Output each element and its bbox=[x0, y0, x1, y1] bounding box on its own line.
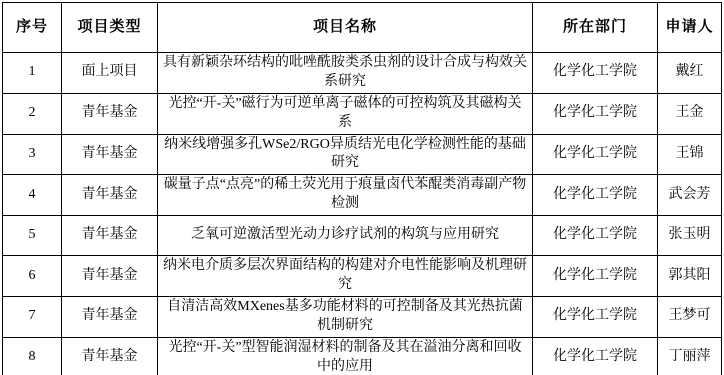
applicant-cell: 王金 bbox=[658, 93, 722, 134]
table-container: 序号 项目类型 项目名称 所在部门 申请人 1面上项目具有新颖杂环结构的吡唑酰胺… bbox=[0, 0, 724, 375]
applicant-cell: 丁丽萍 bbox=[658, 337, 722, 375]
row-number-cell: 3 bbox=[3, 134, 62, 175]
project-name-cell: 碳量子点“点亮”的稀土荧光用于痕量卤代苯醌类消毒副产物检测 bbox=[158, 175, 533, 216]
project-type-cell: 青年基金 bbox=[62, 216, 158, 256]
applicant-cell: 郭其阳 bbox=[658, 256, 722, 297]
applicant-cell: 戴红 bbox=[658, 53, 722, 94]
table-body: 1面上项目具有新颖杂环结构的吡唑酰胺类杀虫剂的设计合成与构效关系研究化学化工学院… bbox=[3, 53, 722, 375]
project-name-cell: 纳米线增强多孔WSe2/RGO异质结光电化学检测性能的基础研究 bbox=[158, 134, 533, 175]
project-name-cell: 具有新颖杂环结构的吡唑酰胺类杀虫剂的设计合成与构效关系研究 bbox=[158, 53, 533, 94]
department-cell: 化学化工学院 bbox=[533, 134, 658, 175]
table-row: 3青年基金纳米线增强多孔WSe2/RGO异质结光电化学检测性能的基础研究化学化工… bbox=[3, 134, 722, 175]
project-name-cell: 光控“开-关”磁行为可逆单离子磁体的可控构筑及其磁构关系 bbox=[158, 93, 533, 134]
row-number-cell: 1 bbox=[3, 53, 62, 94]
row-number-cell: 8 bbox=[3, 337, 62, 375]
project-type-cell: 青年基金 bbox=[62, 175, 158, 216]
header-project-type: 项目类型 bbox=[62, 3, 158, 53]
department-cell: 化学化工学院 bbox=[533, 93, 658, 134]
project-name-cell: 纳米电介质多层次界面结构的构建对介电性能影响及机理研究 bbox=[158, 256, 533, 297]
department-cell: 化学化工学院 bbox=[533, 175, 658, 216]
applicant-cell: 王锦 bbox=[658, 134, 722, 175]
applicant-cell: 武会芳 bbox=[658, 175, 722, 216]
table-row: 6青年基金纳米电介质多层次界面结构的构建对介电性能影响及机理研究化学化工学院郭其… bbox=[3, 256, 722, 297]
project-type-cell: 青年基金 bbox=[62, 93, 158, 134]
header-department: 所在部门 bbox=[533, 3, 658, 53]
row-number-cell: 2 bbox=[3, 93, 62, 134]
project-name-cell: 乏氧可逆激活型光动力诊疗试剂的构筑与应用研究 bbox=[158, 216, 533, 256]
project-type-cell: 青年基金 bbox=[62, 337, 158, 375]
applicant-cell: 张玉明 bbox=[658, 216, 722, 256]
table-row: 2青年基金光控“开-关”磁行为可逆单离子磁体的可控构筑及其磁构关系化学化工学院王… bbox=[3, 93, 722, 134]
table-row: 8青年基金光控“开-关”型智能润湿材料的制备及其在溢油分离和回收中的应用化学化工… bbox=[3, 337, 722, 375]
project-type-cell: 青年基金 bbox=[62, 296, 158, 337]
header-applicant: 申请人 bbox=[658, 3, 722, 53]
department-cell: 化学化工学院 bbox=[533, 256, 658, 297]
row-number-cell: 5 bbox=[3, 216, 62, 256]
table-row: 5青年基金乏氧可逆激活型光动力诊疗试剂的构筑与应用研究化学化工学院张玉明 bbox=[3, 216, 722, 256]
projects-table: 序号 项目类型 项目名称 所在部门 申请人 1面上项目具有新颖杂环结构的吡唑酰胺… bbox=[2, 2, 722, 375]
department-cell: 化学化工学院 bbox=[533, 337, 658, 375]
row-number-cell: 6 bbox=[3, 256, 62, 297]
table-row: 1面上项目具有新颖杂环结构的吡唑酰胺类杀虫剂的设计合成与构效关系研究化学化工学院… bbox=[3, 53, 722, 94]
project-type-cell: 青年基金 bbox=[62, 134, 158, 175]
header-project-name: 项目名称 bbox=[158, 3, 533, 53]
applicant-cell: 王梦可 bbox=[658, 296, 722, 337]
row-number-cell: 7 bbox=[3, 296, 62, 337]
table-header-row: 序号 项目类型 项目名称 所在部门 申请人 bbox=[3, 3, 722, 53]
department-cell: 化学化工学院 bbox=[533, 296, 658, 337]
project-type-cell: 面上项目 bbox=[62, 53, 158, 94]
row-number-cell: 4 bbox=[3, 175, 62, 216]
department-cell: 化学化工学院 bbox=[533, 216, 658, 256]
table-row: 4青年基金碳量子点“点亮”的稀土荧光用于痕量卤代苯醌类消毒副产物检测化学化工学院… bbox=[3, 175, 722, 216]
project-name-cell: 自清洁高效MXenes基多功能材料的可控制备及其光热抗菌机制研究 bbox=[158, 296, 533, 337]
department-cell: 化学化工学院 bbox=[533, 53, 658, 94]
project-type-cell: 青年基金 bbox=[62, 256, 158, 297]
header-no: 序号 bbox=[3, 3, 62, 53]
project-name-cell: 光控“开-关”型智能润湿材料的制备及其在溢油分离和回收中的应用 bbox=[158, 337, 533, 375]
table-row: 7青年基金自清洁高效MXenes基多功能材料的可控制备及其光热抗菌机制研究化学化… bbox=[3, 296, 722, 337]
